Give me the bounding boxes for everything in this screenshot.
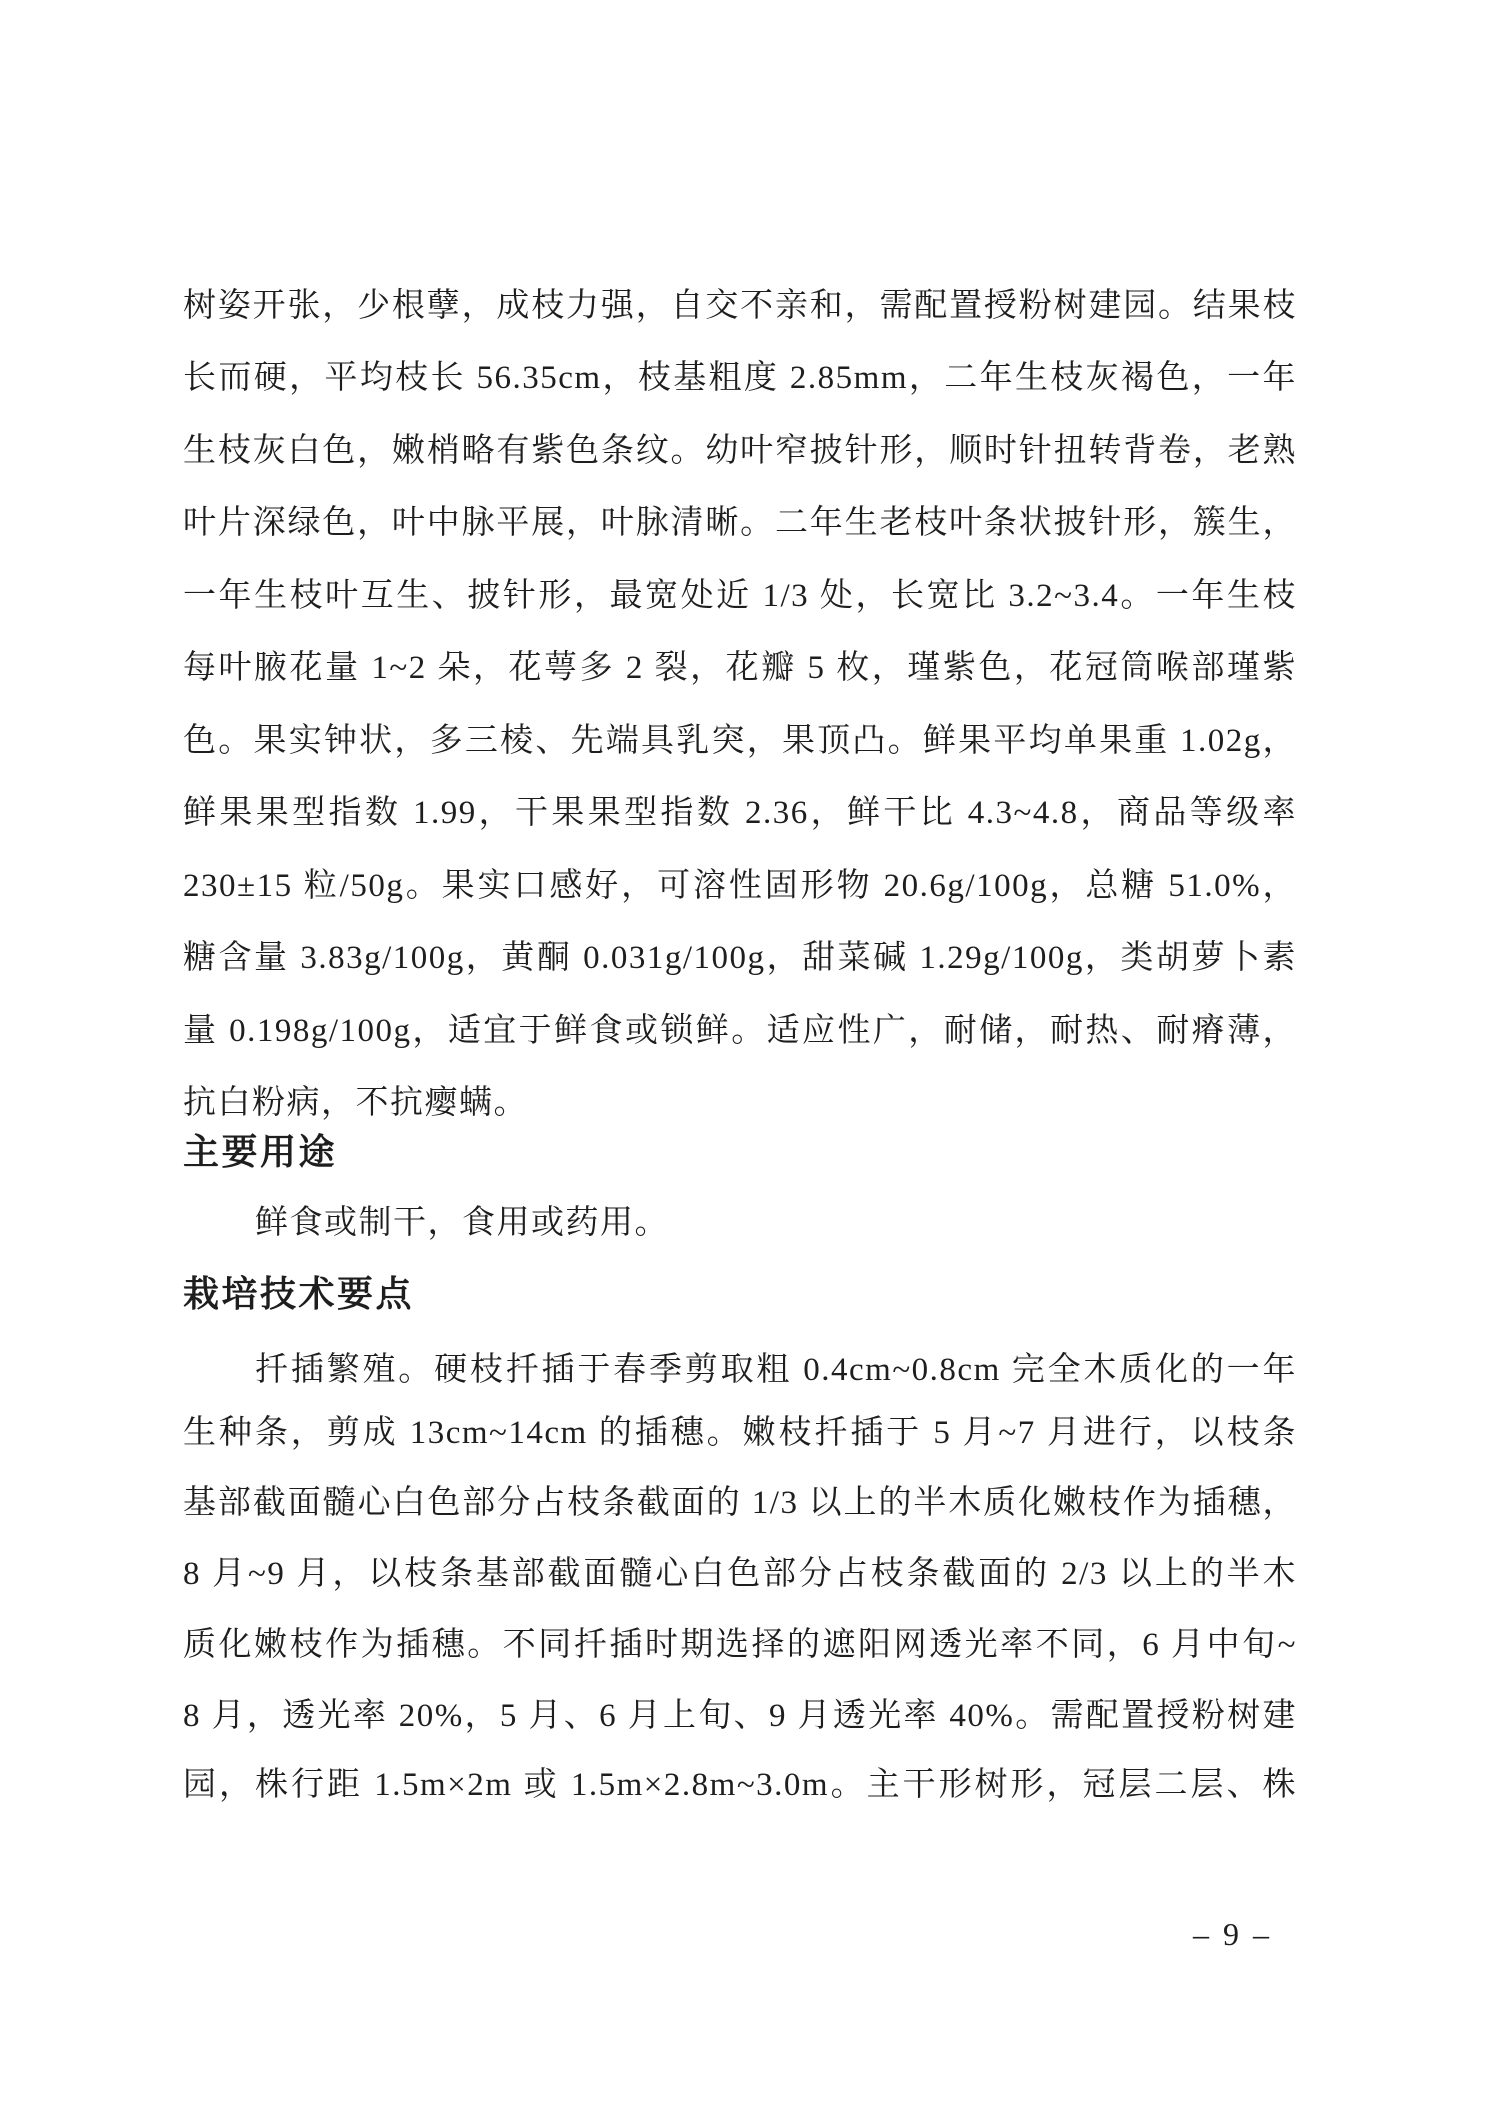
body-line: 生枝灰白色，嫩梢略有紫色条纹。幼叶窄披针形，顺时针扭转背卷，老熟 — [183, 429, 1297, 475]
body-line: 鲜果果型指数 1.99，干果果型指数 2.36，鲜干比 4.3~4.8，商品等级… — [183, 791, 1297, 837]
body-line: 基部截面髓心白色部分占枝条截面的 1/3 以上的半木质化嫩枝作为插穗， — [183, 1481, 1297, 1527]
body-line: 长而硬，平均枝长 56.35cm，枝基粗度 2.85mm，二年生枝灰褐色，一年 — [183, 356, 1297, 402]
body-line: 扦插繁殖。硬枝扦插于春季剪取粗 0.4cm~0.8cm 完全木质化的一年 — [183, 1348, 1297, 1394]
body-line: 每叶腋花量 1~2 朵，花萼多 2 裂，花瓣 5 枚，瑾紫色，花冠筒喉部瑾紫 — [183, 646, 1297, 692]
body-line: 抗白粉病，不抗瘿螨。 — [183, 1081, 1297, 1125]
body-line: 一年生枝叶互生、披针形，最宽处近 1/3 处，长宽比 3.2~3.4。一年生枝 — [183, 574, 1297, 620]
body-line: 色。果实钟状，多三棱、先端具乳突，果顶凸。鲜果平均单果重 1.02g， — [183, 719, 1297, 765]
body-line: 园，株行距 1.5m×2m 或 1.5m×2.8m~3.0m。主干形树形，冠层二… — [183, 1763, 1297, 1809]
body-line: 树姿开张，少根孽，成枝力强，自交不亲和，需配置授粉树建园。结果枝 — [183, 284, 1297, 330]
section-heading-cultivation-techniques: 栽培技术要点 — [183, 1272, 1297, 1316]
body-line: 生种条，剪成 13cm~14cm 的插穗。嫩枝扦插于 5 月~7 月进行，以枝条 — [183, 1411, 1297, 1457]
body-line: 糖含量 3.83g/100g，黄酮 0.031g/100g，甜菜碱 1.29g/… — [183, 936, 1297, 982]
body-line: 8 月~9 月，以枝条基部截面髓心白色部分占枝条截面的 2/3 以上的半木 — [183, 1552, 1297, 1598]
body-line: 230±15 粒/50g。果实口感好，可溶性固形物 20.6g/100g，总糖 … — [183, 864, 1297, 910]
body-line: 鲜食或制干，食用或药用。 — [183, 1201, 1297, 1245]
page-number: – 9 – — [1193, 1916, 1272, 1953]
document-page: 树姿开张，少根孽，成枝力强，自交不亲和，需配置授粉树建园。结果枝 长而硬，平均枝… — [0, 0, 1487, 2102]
body-line: 叶片深绿色，叶中脉平展，叶脉清晰。二年生老枝叶条状披针形，簇生， — [183, 501, 1297, 547]
body-line: 质化嫩枝作为插穗。不同扦插时期选择的遮阳网透光率不同，6 月中旬~ — [183, 1623, 1297, 1669]
section-heading-main-uses: 主要用途 — [183, 1130, 1297, 1174]
body-line: 8 月，透光率 20%，5 月、6 月上旬、9 月透光率 40%。需配置授粉树建 — [183, 1694, 1297, 1740]
body-line: 量 0.198g/100g，适宜于鲜食或锁鲜。适应性广，耐储，耐热、耐瘠薄， — [183, 1009, 1297, 1055]
